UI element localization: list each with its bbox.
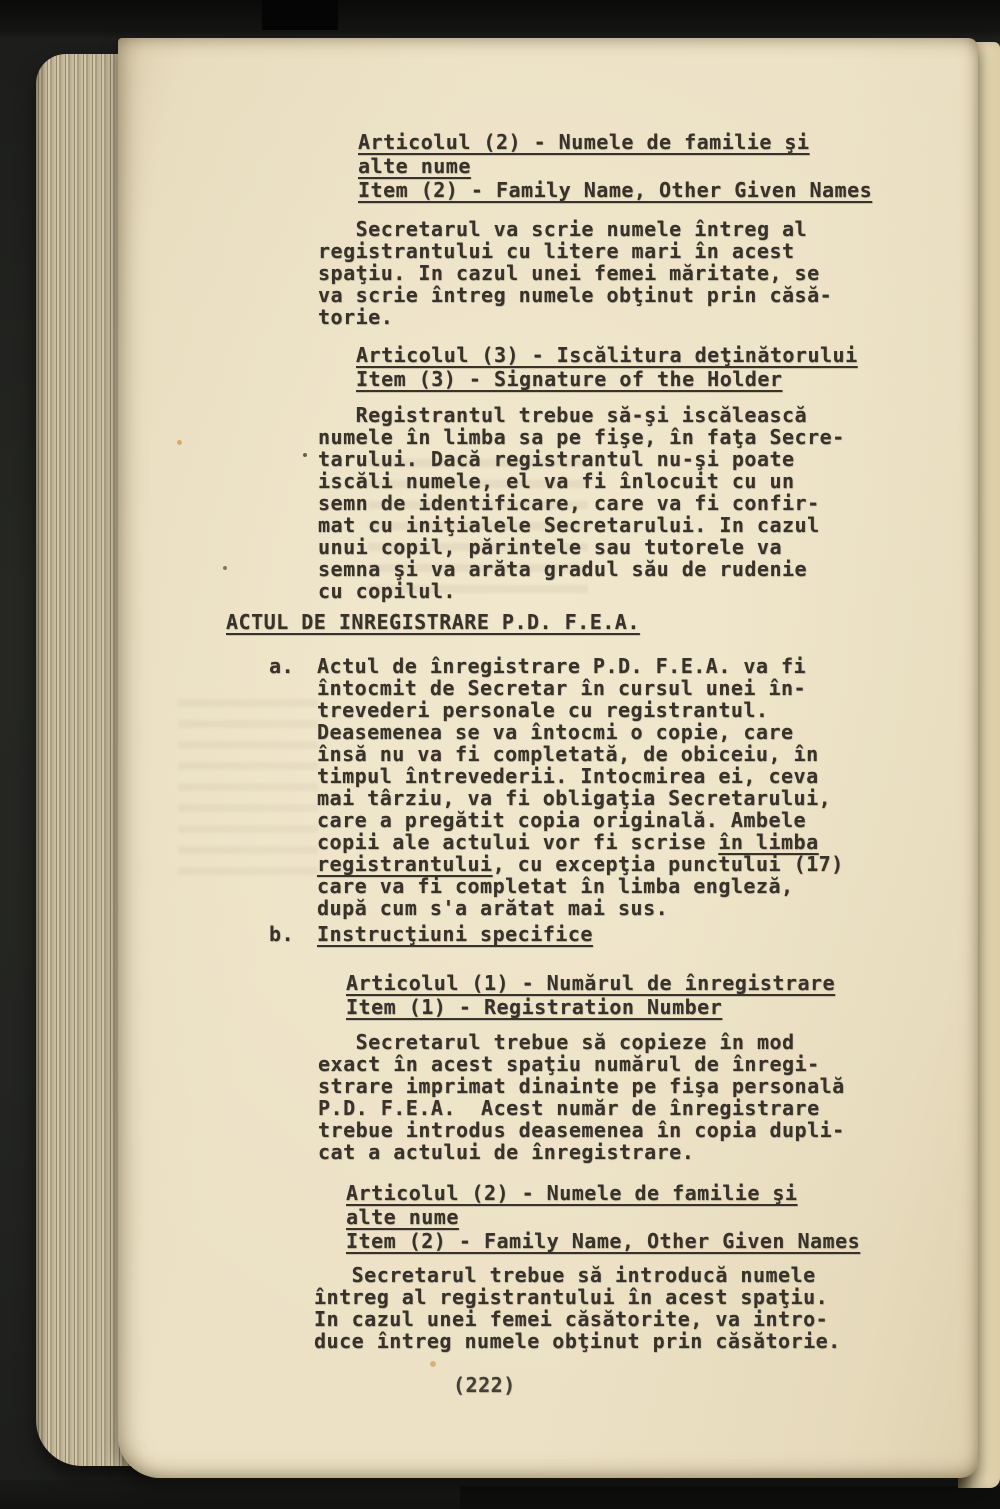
- underlined-phrase: registrantului: [317, 852, 493, 876]
- heading-line: alte nume: [346, 1205, 459, 1229]
- ink-speck: [223, 566, 227, 570]
- paper-speck: [430, 1361, 436, 1367]
- list-item-b-label: b.: [269, 923, 294, 945]
- list-item-a-label: a.: [269, 655, 294, 677]
- page-number: (222): [453, 1373, 516, 1397]
- heading-line: ACTUL DE INREGISTRARE P.D. F.E.A.: [226, 610, 640, 634]
- heading-line: Item (3) - Signature of the Holder: [356, 367, 782, 391]
- heading-line: Item (2) - Family Name, Other Given Name…: [346, 1229, 860, 1253]
- ink-speck: [303, 453, 307, 457]
- background-top-notch: [262, 0, 338, 30]
- background-bottom-shadow: [460, 1486, 1000, 1509]
- heading-line: Item (1) - Registration Number: [346, 995, 722, 1019]
- list-item-a-text: Actul de înregistrare P.D. F.E.A. va fi …: [317, 654, 831, 854]
- article-heading-family-bottom: Articolul (2) - Numele de familie şialte…: [346, 1181, 860, 1253]
- paragraph-family-bottom: Secretarul trebue să introducă numele în…: [314, 1264, 841, 1352]
- article-heading-signature: Articolul (3) - Iscălitura deţinătorului…: [356, 343, 858, 391]
- list-item-b: b.Instrucţiuni specifice: [317, 923, 593, 945]
- paragraph-regnumber: Secretarul trebue să copieze în mod exac…: [318, 1031, 845, 1163]
- background-top-band: [0, 0, 1000, 37]
- heading-line: Articolul (2) - Numele de familie şi: [358, 130, 809, 154]
- list-item-b-heading: Instrucţiuni specifice: [317, 922, 593, 946]
- photo-background: Articolul (2) - Numele de familie şialte…: [0, 0, 1000, 1509]
- book-page: Articolul (2) - Numele de familie şialte…: [118, 38, 978, 1478]
- paragraph-signature: Registrantul trebue să-şi iscălească num…: [318, 404, 845, 602]
- paper-speck: [177, 440, 182, 445]
- article-heading-regnumber: Articolul (1) - Numărul de înregistrareI…: [346, 971, 835, 1019]
- heading-line: Articolul (3) - Iscălitura deţinătorului: [356, 343, 858, 367]
- heading-line: Articolul (2) - Numele de familie şi: [346, 1181, 797, 1205]
- underlined-phrase: în limba: [718, 830, 818, 854]
- heading-line: alte nume: [358, 154, 471, 178]
- section-heading-actul: ACTUL DE INREGISTRARE P.D. F.E.A.: [226, 610, 640, 634]
- heading-line: Articolul (1) - Numărul de înregistrare: [346, 971, 835, 995]
- list-item-a: a.Actul de înregistrare P.D. F.E.A. va f…: [317, 655, 844, 919]
- heading-line: Item (2) - Family Name, Other Given Name…: [358, 178, 872, 202]
- paragraph-family-top: Secretarul va scrie numele întreg al reg…: [318, 218, 832, 328]
- article-heading-family-top: Articolul (2) - Numele de familie şialte…: [358, 130, 872, 202]
- ink-bleed-through: [178, 698, 318, 888]
